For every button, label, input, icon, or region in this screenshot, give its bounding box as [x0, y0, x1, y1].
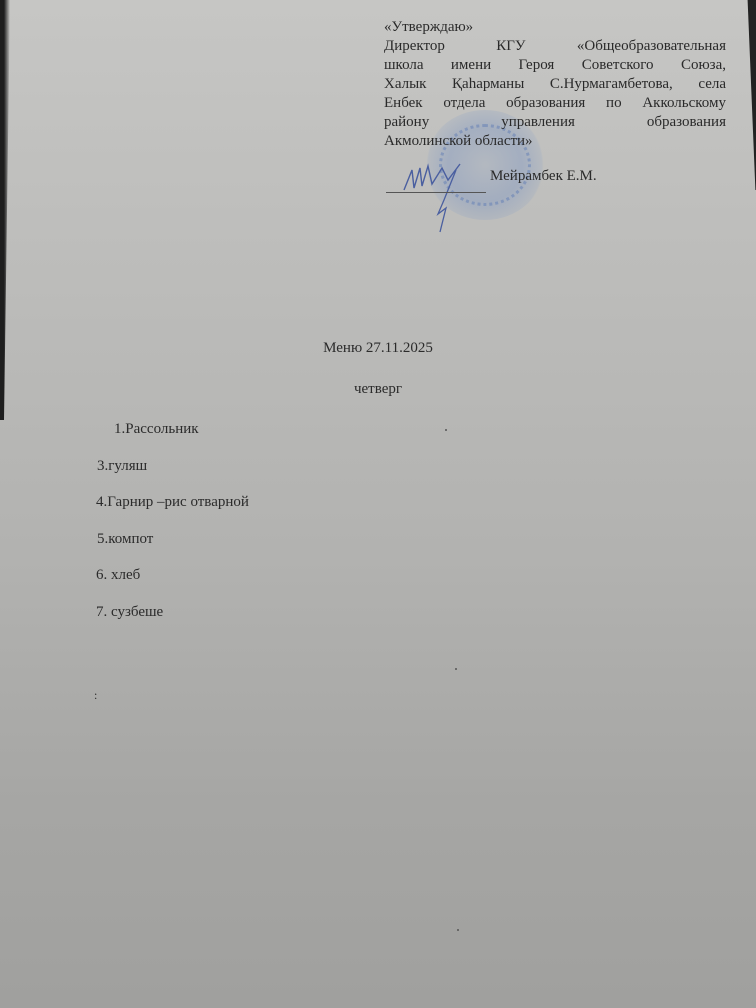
approval-line: Халык Қаһарманы С.Нурмагамбетова, села — [384, 75, 726, 94]
approval-line: району управления образования — [384, 113, 726, 132]
signer-name: Мейрамбек Е.М. — [490, 168, 597, 185]
menu-item: 6. хлеб — [96, 567, 140, 584]
document-title: Меню 27.11.2025 — [0, 340, 756, 357]
signature-icon — [398, 160, 488, 240]
menu-item: 4.Гарнир –рис отварной — [96, 494, 249, 511]
menu-item: 3.гуляш — [97, 458, 147, 475]
approval-line: Директор КГУ «Общеобразовательная — [384, 37, 726, 56]
approval-block: «Утверждаю» Директор КГУ «Общеобразовате… — [384, 18, 726, 151]
speck — [457, 929, 459, 931]
approval-line: Енбек отдела образования по Аккольскому — [384, 94, 726, 113]
signature-line — [386, 192, 486, 193]
approval-line: Акмолинской области» — [384, 132, 726, 151]
approval-heading: «Утверждаю» — [384, 18, 726, 37]
trailing-mark: : — [94, 688, 97, 703]
menu-item: 5.компот — [97, 531, 153, 548]
weekday-label: четверг — [0, 381, 756, 398]
menu-item: 7. сузбеше — [96, 604, 163, 621]
speck — [445, 429, 447, 431]
menu-item: 1.Рассольник — [114, 421, 199, 438]
speck — [455, 668, 457, 670]
approval-line: школа имени Героя Советского Союза, — [384, 56, 726, 75]
